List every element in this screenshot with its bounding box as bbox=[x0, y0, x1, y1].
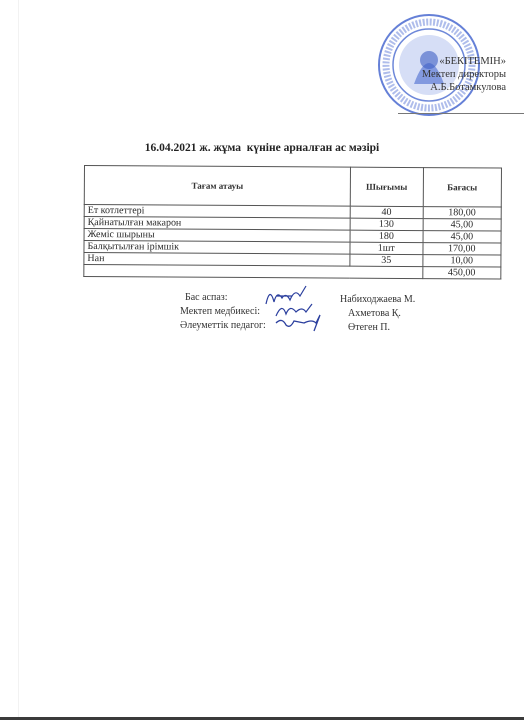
dish-name: Балқытылған ірімшік bbox=[84, 241, 350, 255]
approval-signature-line bbox=[398, 113, 524, 114]
signature-role-nurse: Мектеп медбикесі: bbox=[180, 305, 260, 318]
signature-name-nurse: Ахметова Қ. bbox=[348, 307, 401, 320]
dish-quantity: 180 bbox=[350, 230, 423, 242]
header-dish-name: Тағам атауы bbox=[84, 166, 350, 207]
approval-position: Мектеп директоры bbox=[390, 68, 506, 81]
approval-heading: «БЕКІТЕМІН» bbox=[390, 55, 506, 68]
table-header-row: Тағам атауы Шығымы Бағасы bbox=[84, 166, 501, 208]
dish-price: 170,00 bbox=[423, 243, 501, 255]
total-label-cell bbox=[84, 265, 423, 279]
dish-quantity: 130 bbox=[350, 218, 423, 230]
total-price: 450,00 bbox=[422, 267, 500, 279]
dish-quantity: 1шт bbox=[350, 242, 423, 254]
page-title: 16.04.2021 ж. жұма күніне арналған ас мә… bbox=[0, 142, 524, 154]
dish-name: Қайнатылған макарон bbox=[84, 217, 350, 231]
approval-director-name: А.Б.Ботамкулова bbox=[390, 81, 506, 94]
header-price: Бағасы bbox=[423, 168, 502, 207]
signature-role-pedagogue: Әлеуметтік педагог: bbox=[180, 319, 266, 332]
dish-price: 180,00 bbox=[423, 207, 501, 219]
signature-name-pedagogue: Өтеген П. bbox=[348, 321, 390, 334]
menu-table: Тағам атауы Шығымы Бағасы Ет котлеттері … bbox=[83, 165, 502, 280]
approval-block: «БЕКІТЕМІН» Мектеп директоры А.Б.Ботамку… bbox=[390, 55, 506, 94]
table-total-row: 450,00 bbox=[84, 265, 501, 280]
signature-name-chef: Набиходжаева М. bbox=[340, 293, 415, 306]
dish-name: Ет котлеттері bbox=[84, 205, 350, 219]
signature-role-chef: Бас аспаз: bbox=[185, 291, 228, 304]
dish-price: 10,00 bbox=[422, 255, 500, 267]
pedagogue-signature-icon bbox=[274, 313, 324, 333]
dish-name: Жеміс шырыны bbox=[84, 229, 350, 243]
page-edge bbox=[18, 0, 19, 720]
dish-quantity: 35 bbox=[350, 254, 423, 266]
dish-price: 45,00 bbox=[423, 219, 501, 231]
dish-price: 45,00 bbox=[423, 231, 501, 243]
header-quantity: Шығымы bbox=[350, 167, 423, 206]
dish-quantity: 40 bbox=[350, 206, 423, 218]
